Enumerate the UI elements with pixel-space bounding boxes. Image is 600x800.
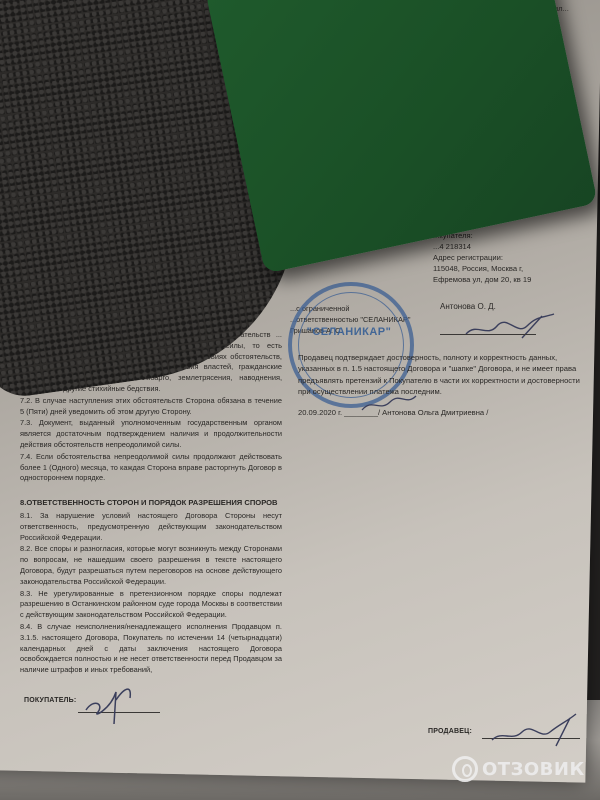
- clause-8-3: 8.3. Не урегулированные в претензионном …: [20, 589, 282, 621]
- buyer-signature: [80, 680, 140, 730]
- seller-label: ПРОДАВЕЦ:: [428, 728, 472, 735]
- stamp-text: "СЕЛАНИКАР": [300, 326, 398, 338]
- signature-line: [440, 334, 536, 335]
- watermark-text: ОТЗОВИК: [482, 759, 585, 780]
- clause-8-4: 8.4. В случае неисполнения/ненадлежащего…: [20, 622, 282, 676]
- text-line: 115048, Россия, Москва г,: [433, 263, 583, 274]
- buyer-label: ПОКУПАТЕЛЬ:: [24, 697, 76, 704]
- text-line: Адрес регистрации:: [433, 252, 583, 263]
- clause-7-2: 7.2. В случае наступления этих обстоятел…: [20, 396, 282, 418]
- clause-7-3: 7.3. Документ, выданный уполномоченным г…: [20, 418, 282, 450]
- buyer-signature-top: [462, 312, 562, 342]
- text-line: Ефремова ул, дом 20, кв 19: [433, 274, 583, 285]
- seller-signature-small: [360, 392, 420, 416]
- otzovik-watermark: ОТЗОВИК: [452, 756, 585, 782]
- date-signature-line: 20.09.2020 г. ________/ Антонова Ольга Д…: [298, 408, 588, 419]
- buyer-details: ...купателя: ...4 218314 Адрес регистрац…: [433, 230, 583, 285]
- text-line: ...4 218314: [433, 241, 583, 252]
- section-8-title: 8.ОТВЕТСТВЕННОСТЬ СТОРОН И ПОРЯДОК РАЗРЕ…: [20, 498, 282, 509]
- otzovik-logo-icon: [452, 756, 478, 782]
- clause-8-1: 8.1. За нарушение условий настоящего Дог…: [20, 511, 282, 543]
- clause-8-2: 8.2. Все споры и разногласия, которые мо…: [20, 544, 282, 587]
- seller-confirmation: Продавец подтверждает достоверность, пол…: [298, 352, 588, 398]
- seller-signature: [490, 712, 580, 752]
- clause-7-4: 7.4. Если обстоятельства непреодолимой с…: [20, 452, 282, 484]
